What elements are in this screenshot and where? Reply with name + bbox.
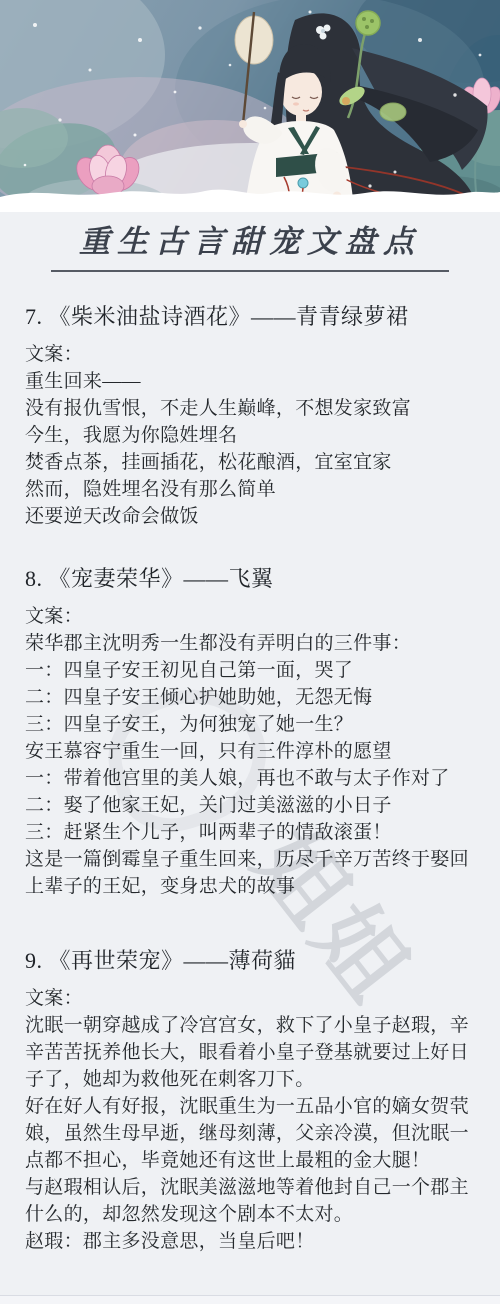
title-underline xyxy=(51,270,449,272)
book-section-7: 7. 《柴米油盐诗酒花》——青青绿萝裙 文案： 重生回来—— 没有报仇雪恨，不走… xyxy=(25,302,480,530)
page-title: 重生古言甜宠文盘点 xyxy=(0,222,500,262)
book-heading: 9. 《再世荣宠》——薄荷貓 xyxy=(25,946,480,975)
content: 7. 《柴米油盐诗酒花》——青青绿萝裙 文案： 重生回来—— 没有报仇雪恨，不走… xyxy=(0,302,500,1255)
copy-line: 赵瑕：郡主多没意思，当皇后吧！ xyxy=(25,1228,480,1255)
copy-line: 一：带着他宫里的美人娘，再也不敢与太子作对了 xyxy=(25,765,480,792)
copy-line: 二：娶了他家王妃，关门过美滋滋的小日子 xyxy=(25,792,480,819)
book-section-9: 9. 《再世荣宠》——薄荷貓 文案： 沈眠一朝穿越成了冷宫宫女，救下了小皇子赵瑕… xyxy=(25,946,480,1255)
book-section-8: 8. 《宠妻荣华》——飞翼 文案： 荣华郡主沈明秀一生都没有弄明白的三件事： 一… xyxy=(25,564,480,900)
copy-line: 今生，我愿为你隐姓埋名 xyxy=(25,422,480,449)
copy-line: 一：四皇子安王初见自己第一面，哭了 xyxy=(25,657,480,684)
blush xyxy=(293,102,299,105)
hero-illustration xyxy=(0,0,500,212)
copy-line: 好在好人有好报，沈眠重生为一五品小官的嫡女贺茕娘，虽然生母早逝，继母刻薄，父亲冷… xyxy=(25,1093,480,1174)
copy-line: 这是一篇倒霉皇子重生回来，历尽千辛万苦终于娶回上辈子的王妃，变身忠犬的故事 xyxy=(25,846,480,900)
book-copy: 文案： 重生回来—— 没有报仇雪恨，不走人生巅峰，不想发家致富 今生，我愿为你隐… xyxy=(25,341,480,530)
book-copy: 文案： 沈眠一朝穿越成了冷宫宫女，救下了小皇子赵瑕，辛辛苦苦抚养他长大，眼看着小… xyxy=(25,985,480,1255)
jade-bead xyxy=(298,178,308,188)
book-copy: 文案： 荣华郡主沈明秀一生都没有弄明白的三件事： 一：四皇子安王初见自己第一面，… xyxy=(25,603,480,900)
copy-line: 还要逆天改命会做饭 xyxy=(25,503,480,530)
copy-line: 与赵瑕相认后，沈眠美滋滋地等着他封自己一个郡主什么的，却忽然发现这个剧本不太对。 xyxy=(25,1174,480,1228)
copy-line: 重生回来—— xyxy=(25,368,480,395)
copy-line: 三：赶紧生个儿子，叫两辈子的情敌滚蛋！ xyxy=(25,819,480,846)
copy-line: 安王慕容宁重生一回，只有三件淳朴的愿望 xyxy=(25,738,480,765)
book-heading: 7. 《柴米油盐诗酒花》——青青绿萝裙 xyxy=(25,302,480,331)
copy-line: 文案： xyxy=(25,603,480,630)
copy-line: 焚香点茶，挂画插花，松花酿酒，宜室宜家 xyxy=(25,449,480,476)
bottom-edge xyxy=(0,1295,500,1304)
copy-line: 三：四皇子安王，为何独宠了她一生？ xyxy=(25,711,480,738)
copy-line: 然而，隐姓埋名没有那么简单 xyxy=(25,476,480,503)
copy-line: 荣华郡主沈明秀一生都没有弄明白的三件事： xyxy=(25,630,480,657)
post-page: 姐姐 重生古言甜宠文盘点 7. 《柴米油盐诗酒花》——青青绿萝裙 文案： 重生回… xyxy=(0,0,500,1304)
copy-line: 文案： xyxy=(25,985,480,1012)
copy-line: 沈眠一朝穿越成了冷宫宫女，救下了小皇子赵瑕，辛辛苦苦抚养他长大，眼看着小皇子登基… xyxy=(25,1012,480,1093)
hand-left xyxy=(239,120,247,128)
copy-line: 文案： xyxy=(25,341,480,368)
copy-line: 没有报仇雪恨，不走人生巅峰，不想发家致富 xyxy=(25,395,480,422)
book-heading: 8. 《宠妻荣华》——飞翼 xyxy=(25,564,480,593)
copy-line: 二：四皇子安王倾心护她助她，无怨无悔 xyxy=(25,684,480,711)
